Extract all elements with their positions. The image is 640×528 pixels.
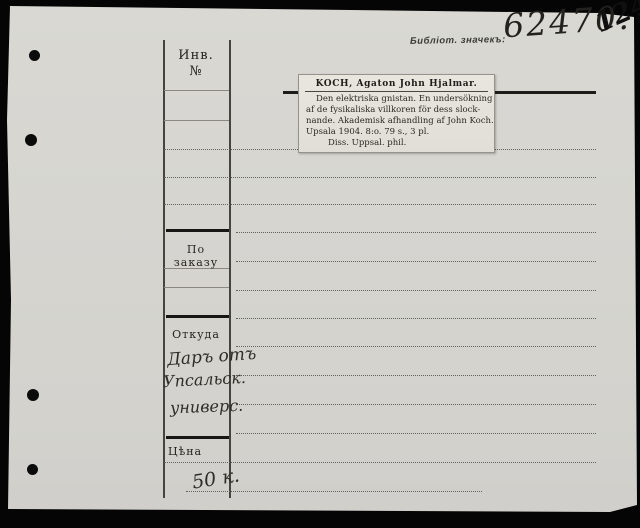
punch-hole: [29, 50, 40, 61]
inventory-label: Инв. №: [163, 48, 229, 80]
slip-heading: KOCH, Agaton John Hjalmar.: [299, 79, 494, 89]
punch-hole: [25, 134, 37, 146]
library-mark-stamp: Библіот. значекъ:: [410, 34, 506, 47]
writing-line: [236, 346, 596, 347]
order-label: По заказу: [163, 243, 229, 269]
writing-line: [236, 290, 596, 291]
section-separator: [166, 315, 229, 318]
column-rule: [164, 287, 229, 288]
slip-dissertation-note: Diss. Uppsal. phil.: [299, 138, 494, 149]
heading-rule-left: [283, 91, 299, 94]
section-separator: [166, 229, 229, 232]
section-separator: [166, 436, 229, 439]
slip-body-line: Upsala 1904. 8:o. 79 s., 3 pl.: [299, 127, 494, 138]
writing-line: [236, 404, 596, 405]
heading-rule-right: [493, 91, 596, 94]
writing-line: [236, 232, 596, 233]
column-right-rule: [229, 40, 231, 498]
writing-line: [164, 204, 596, 205]
inventory-label-line2: №: [163, 64, 229, 80]
slip-body-line: af de fysikaliska villkoren för dess slo…: [299, 105, 494, 116]
writing-line: [236, 261, 596, 262]
writing-line: [164, 177, 596, 178]
punch-hole: [27, 464, 38, 475]
inventory-label-line1: Инв.: [163, 48, 229, 64]
writing-line: [236, 318, 596, 319]
column-rule: [164, 120, 229, 121]
writing-line: [236, 375, 596, 376]
slip-heading-rule: [305, 91, 488, 92]
writing-line: [164, 462, 596, 463]
bibliographic-slip: KOCH, Agaton John Hjalmar. Den elektrisk…: [298, 74, 495, 153]
slip-body-line: nande. Akademisk afhandling af John Koch…: [299, 116, 494, 127]
origin-note-line: универс.: [170, 396, 244, 418]
column-left-rule: [163, 40, 165, 498]
scanned-catalog-card: Инв. № По заказу Откуда Цѣна Даръ отъ Уп…: [0, 0, 640, 528]
price-label: Цѣна: [168, 445, 202, 458]
writing-line: [186, 491, 482, 492]
slip-body-line: Den elektriska gnistan. En undersökning: [299, 94, 494, 105]
punch-hole: [27, 389, 39, 401]
writing-line: [236, 433, 596, 434]
column-rule: [164, 90, 229, 91]
origin-label: Откуда: [163, 328, 229, 341]
